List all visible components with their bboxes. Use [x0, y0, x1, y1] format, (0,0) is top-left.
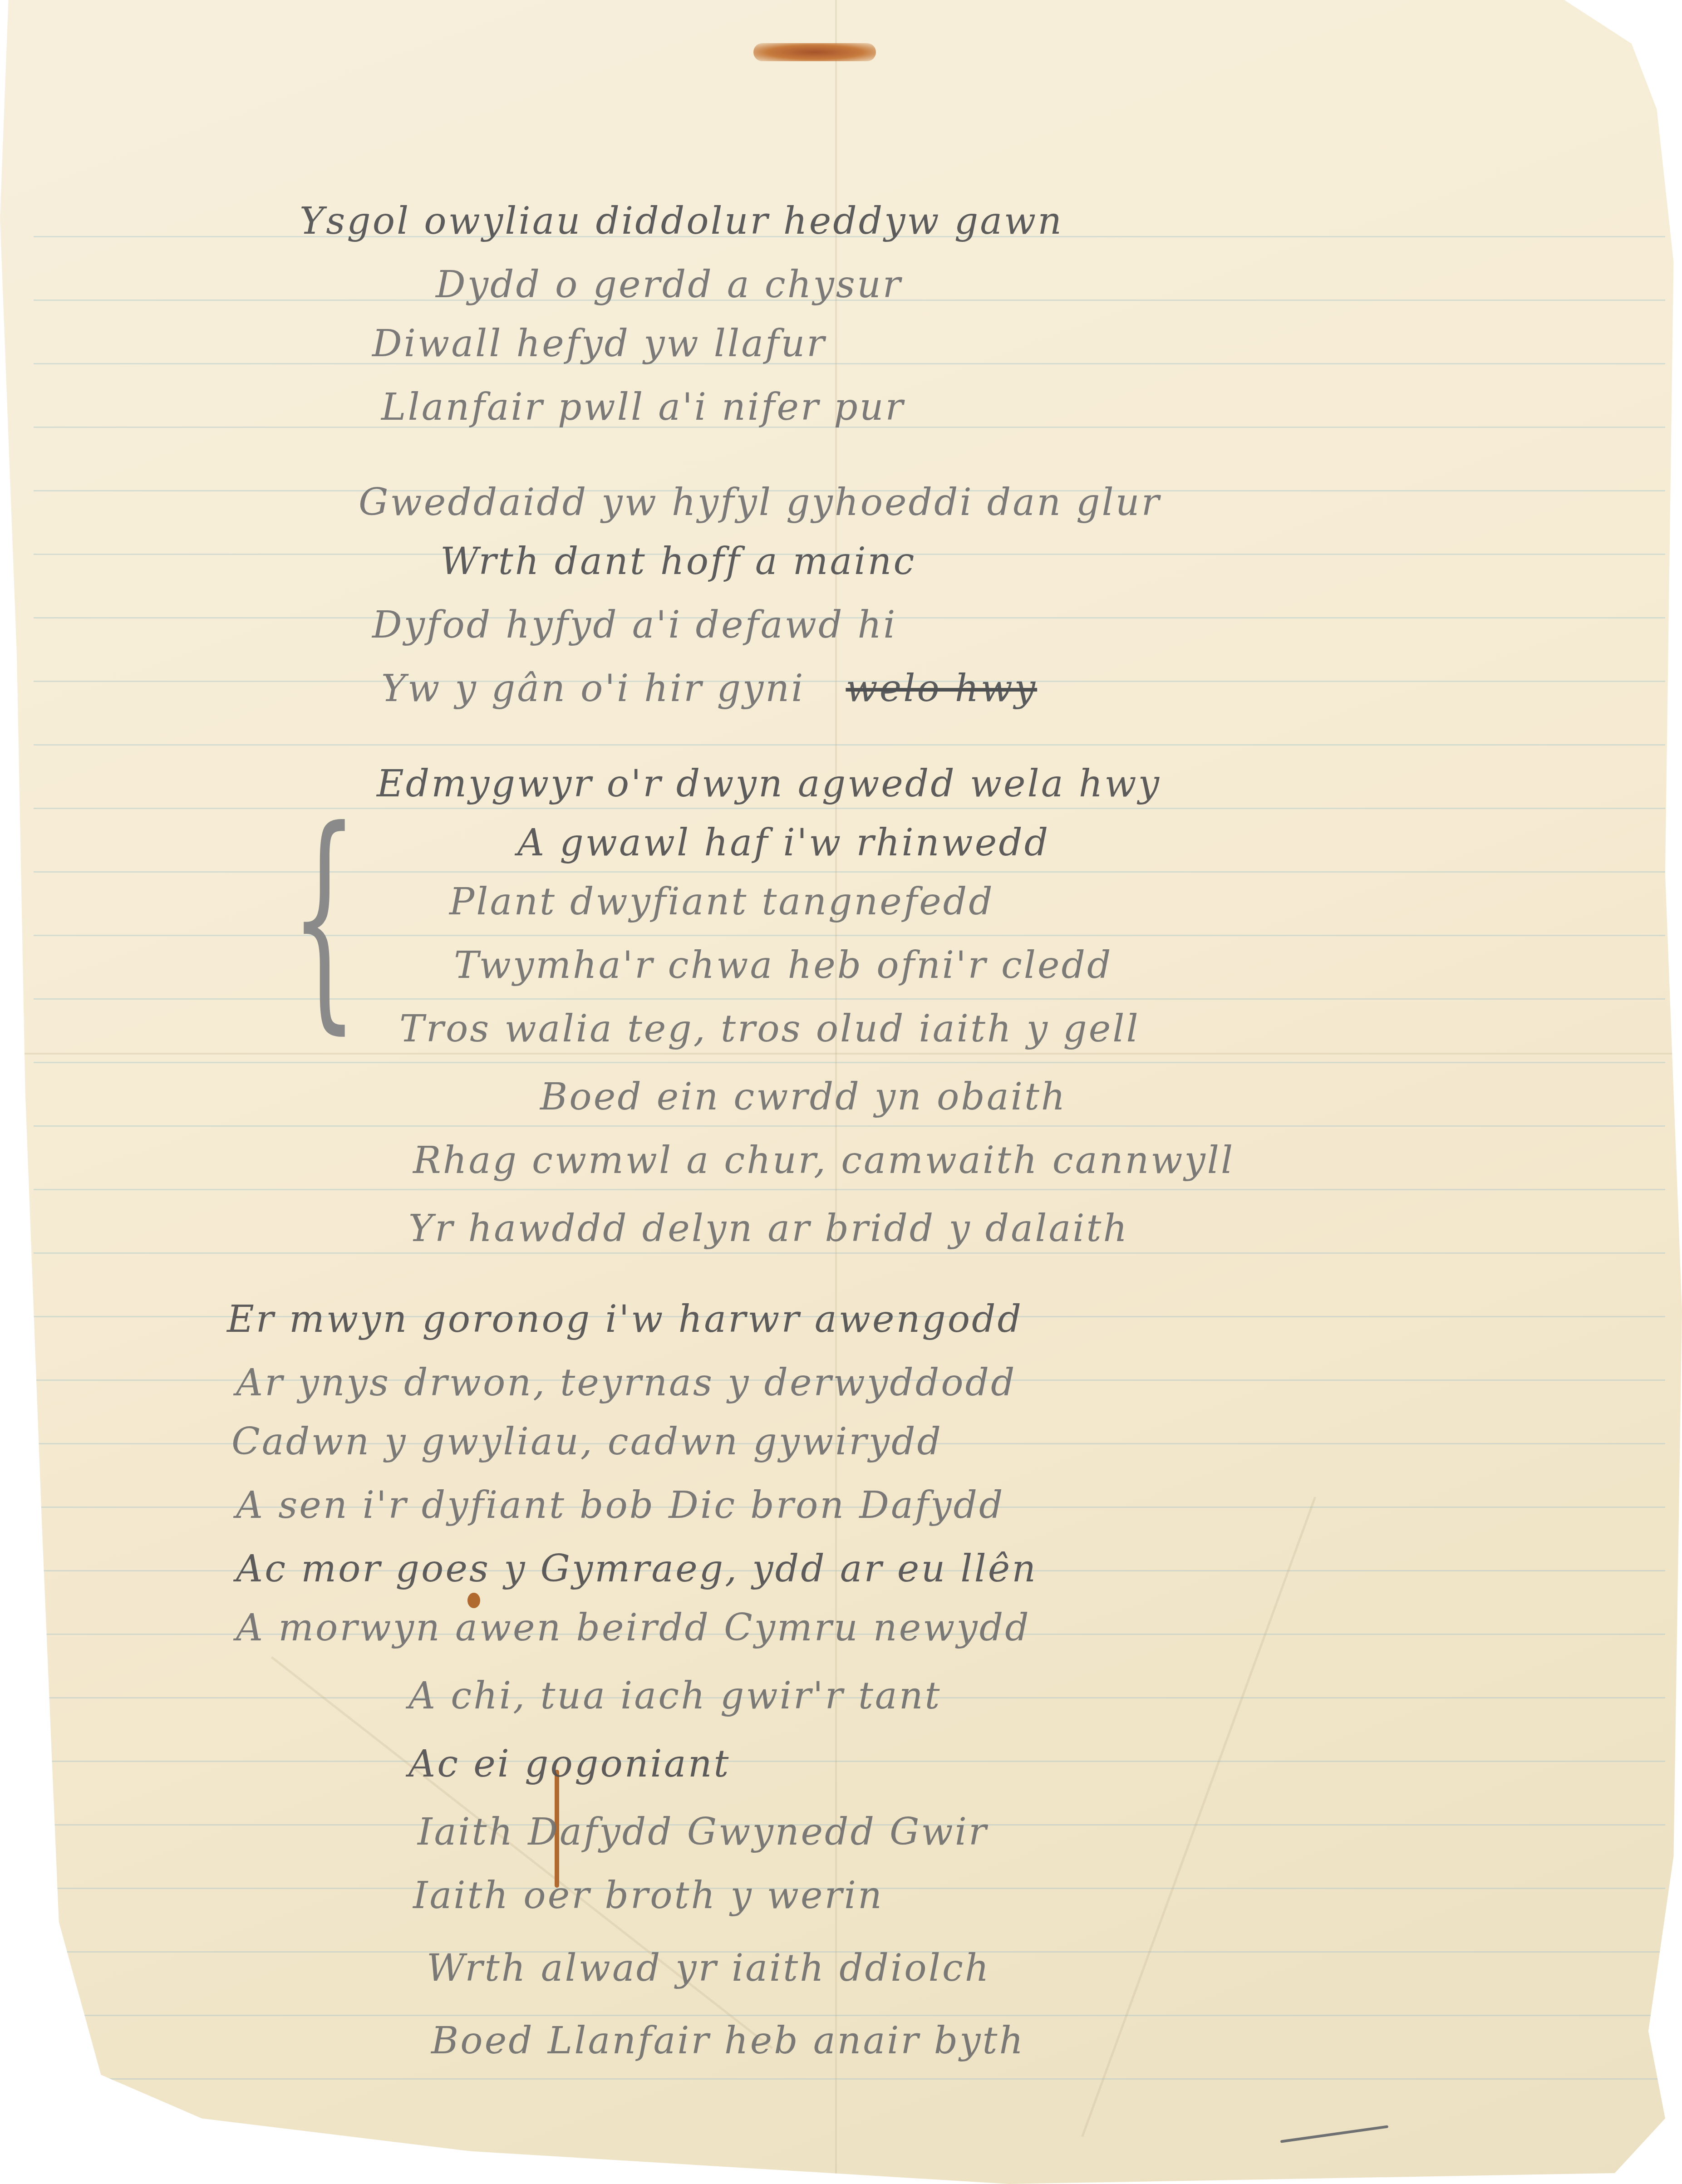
poem-line: Dyfod hyfyd a'i defawd hi [372, 604, 897, 647]
poem-line: A morwyn awen beirdd Cymru newydd [236, 1606, 1031, 1649]
poem-line: Iaith Dafydd Gwynedd Gwir [418, 1811, 988, 1854]
margin-brace: { [290, 799, 309, 1035]
poem-line: Ac ei gogoniant [408, 1742, 730, 1786]
ruled-line [34, 744, 1665, 746]
poem-line: Cadwn y gwyliau, cadwn gywirydd [231, 1420, 943, 1463]
poem-line: Boed Llanfair heb anair byth [431, 2019, 1025, 2062]
ruled-line [34, 998, 1665, 1000]
ruled-line [34, 2078, 1665, 2080]
underline-mark [1280, 2125, 1388, 2143]
rust-staple-stain [753, 43, 876, 61]
poem-line: Gweddaidd yw hyfyl gyhoeddi dan glur [359, 481, 1161, 524]
poem-line: Diwall hefyd yw llafur [372, 322, 826, 365]
struck-text: welo hwy [846, 667, 1037, 710]
poem-line: A chi, tua iach gwir'r tant [408, 1674, 942, 1718]
ruled-line [34, 935, 1665, 936]
poem-line: A sen i'r dyfiant bob Dic bron Dafydd [236, 1484, 1005, 1527]
poem-line: A gwawl haf i'w rhinwedd [517, 821, 1050, 864]
diagonal-crease [1081, 1497, 1316, 2137]
ruled-line [34, 1252, 1665, 1254]
poem-line: Dydd o gerdd a chysur [436, 263, 902, 306]
poem-line: Twymha'r chwa heb ofni'r cledd [454, 944, 1113, 987]
ruled-line [34, 808, 1665, 809]
ruled-line [34, 1062, 1665, 1063]
poem-line: Edmygwyr o'r dwyn agwedd wela hwy [377, 762, 1161, 805]
ruled-line [34, 363, 1665, 364]
poem-line: Rhag cwmwl a chur, camwaith cannwyll [413, 1139, 1234, 1182]
poem-line: Wrth dant hoff a mainc [440, 540, 916, 583]
ruled-line [34, 1761, 1665, 1762]
poem-line: Ar ynys drwon, teyrnas y derwyddodd [236, 1361, 1017, 1404]
ruled-line [34, 2015, 1665, 2016]
poem-line: Ysgol owyliau diddolur heddyw gawn [300, 200, 1063, 243]
poem-line: Ac mor goes y Gymraeg, ydd ar eu llên [236, 1547, 1038, 1590]
manuscript-page: { Ysgol owyliau diddolur heddyw gawn Dyd… [0, 0, 1682, 2184]
poem-line: Wrth alwad yr iaith ddiolch [427, 1947, 991, 1990]
poem-line: Iaith oer broth y werin [413, 1874, 884, 1917]
horizontal-crease [0, 1053, 1682, 1055]
ruled-line [34, 1125, 1665, 1127]
poem-line: Boed ein cwrdd yn obaith [540, 1075, 1067, 1119]
ruled-line [34, 1189, 1665, 1190]
ruled-line [34, 871, 1665, 873]
poem-line: Er mwyn goronog i'w harwr awengodd [227, 1298, 1023, 1341]
poem-line: Plant dwyfiant tangnefedd [449, 880, 994, 923]
poem-line: Yw y gân o'i hir gyni welo hwy [381, 667, 1037, 710]
poem-line: Yr hawddd delyn ar bridd y dalaith [408, 1207, 1129, 1250]
rust-spot [467, 1593, 480, 1608]
poem-line-text: Ac ei gogoniant [408, 1742, 730, 1786]
poem-line-text: Yw y gân o'i hir gyni [381, 667, 805, 710]
poem-line: Llanfair pwll a'i nifer pur [381, 386, 905, 429]
poem-line: Tros walia teg, tros olud iaith y gell [399, 1007, 1140, 1050]
